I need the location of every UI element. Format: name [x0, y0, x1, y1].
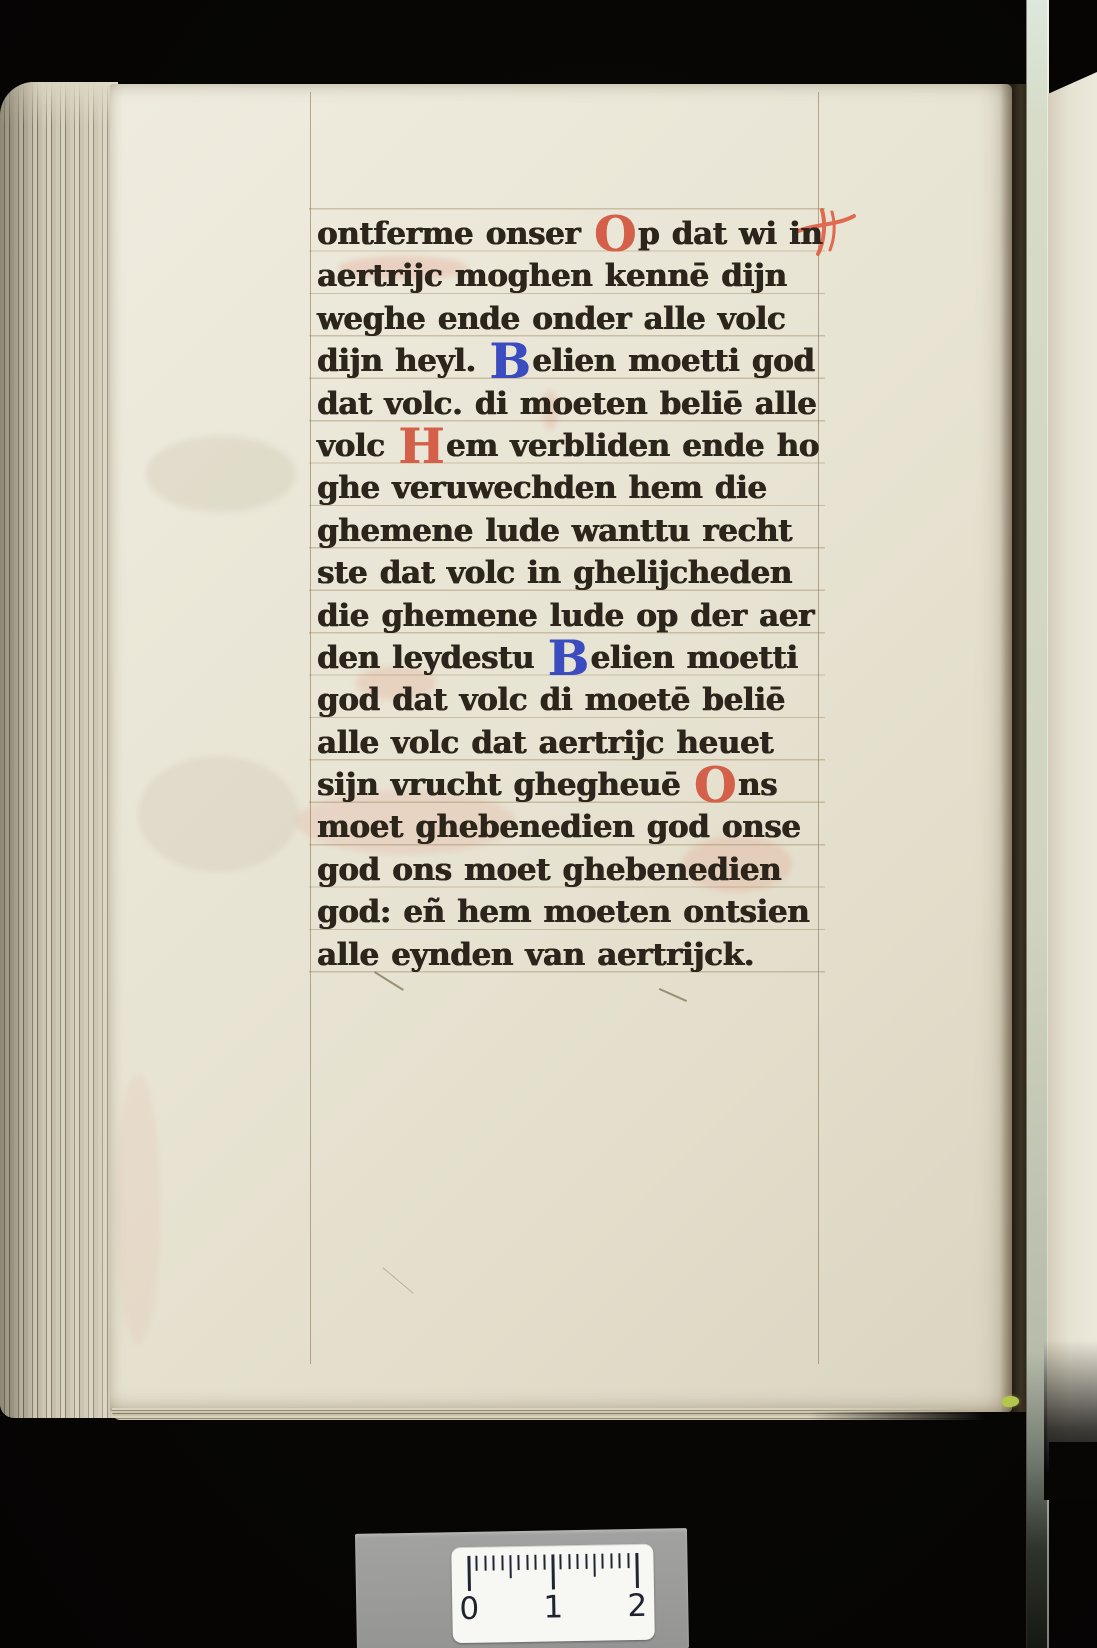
- facing-page-shadow: [1044, 1340, 1097, 1500]
- stray-hairline: [382, 1267, 414, 1294]
- text-line: alle eynden van aertrijck.: [309, 934, 825, 976]
- text-run: volc: [317, 428, 397, 464]
- text-line: ghe veruwechden hem die: [309, 467, 825, 509]
- text-run: p dat wi in: [638, 216, 823, 252]
- text-run: ontferme onser: [317, 216, 593, 252]
- text-line: weghe ende onder alle volc: [309, 298, 825, 340]
- ruler-tick: [543, 1555, 545, 1570]
- text-run: ghe veruwechden hem die: [317, 470, 767, 506]
- ruler-tick: [577, 1554, 579, 1569]
- text-line: den leydestu Belien moetti: [309, 637, 825, 679]
- ruler-tick: [619, 1553, 621, 1568]
- text-line: sijn vrucht ghegheuē Ons: [309, 764, 825, 806]
- text-line: god: eñ hem moeten ontsien: [309, 891, 825, 933]
- ruler-card: 012: [355, 1528, 689, 1648]
- ruler-tick: [484, 1556, 486, 1571]
- ruler-tick: [493, 1555, 495, 1570]
- manuscript-photo: ontferme onser Op dat wi inaertrijc mogh…: [0, 0, 1097, 1648]
- ruler-tick: [501, 1555, 503, 1570]
- text-line: dijn heyl. Belien moetti god: [309, 340, 825, 382]
- text-run: sijn vrucht ghegheuē: [317, 767, 693, 803]
- text-line: alle volc dat aertrijc heuet: [309, 722, 825, 764]
- ruler-number: 2: [627, 1588, 647, 1624]
- text-run: ns: [738, 767, 777, 803]
- book-fore-edges: [0, 82, 118, 1418]
- text-line: aertrijc moghen kennē dijn: [309, 255, 825, 297]
- text-line: dat volc. di moeten beliē alle: [309, 383, 825, 425]
- ruler-numbers: 012: [452, 1588, 655, 1632]
- text-line: ste dat volc in ghelijcheden: [309, 552, 825, 594]
- ruler-tick: [627, 1553, 629, 1568]
- text-line: volc Hem verbliden ende ho: [309, 425, 825, 467]
- show-through-smudge: [146, 436, 296, 512]
- ruler-tick: [509, 1555, 511, 1578]
- text-run: den leydestu: [317, 640, 547, 676]
- ruler-tick: [551, 1554, 555, 1589]
- text-run: god ons moet ghebenedien: [317, 852, 781, 888]
- text-run: god dat volc di moetē beliē: [317, 682, 785, 718]
- ruler-tick: [602, 1554, 604, 1569]
- text-run: god: eñ hem moeten ontsien: [317, 894, 809, 930]
- ruler-tick: [610, 1553, 612, 1568]
- show-through-smudge: [116, 1074, 160, 1344]
- text-run: weghe ende onder alle volc: [317, 301, 785, 337]
- ruler-tick: [585, 1554, 587, 1569]
- text-run: ste dat volc in ghelijcheden: [317, 555, 792, 591]
- ruler-tick: [593, 1554, 595, 1577]
- page-gutter: [1000, 84, 1028, 1412]
- text-line: god ons moet ghebenedien: [309, 849, 825, 891]
- text-run: dijn heyl.: [317, 343, 488, 379]
- text-line: god dat volc di moetē beliē: [309, 679, 825, 721]
- text-run: moet ghebenedien god onse: [317, 809, 801, 845]
- text-run: dat volc. di moeten beliē alle: [317, 386, 816, 422]
- text-column: ontferme onser Op dat wi inaertrijc mogh…: [309, 208, 825, 993]
- ruler-tick: [467, 1556, 471, 1591]
- facing-page: [1048, 72, 1097, 1442]
- ruler-tick: [518, 1555, 520, 1570]
- text-line: ontferme onser Op dat wi in: [309, 213, 825, 255]
- manuscript-page: ontferme onser Op dat wi inaertrijc mogh…: [110, 84, 1012, 1412]
- ruler-tick: [560, 1554, 562, 1569]
- text-run: em verbliden ende ho: [446, 428, 819, 464]
- text-run: aertrijc moghen kennē dijn: [317, 258, 787, 294]
- page-bottom-edges: [112, 1408, 1004, 1420]
- text-run: ghemene lude wanttu recht: [317, 513, 792, 549]
- text-run: alle eynden van aertrijck.: [317, 937, 754, 973]
- ruler: 012: [451, 1544, 655, 1644]
- ruler-tick: [568, 1554, 570, 1569]
- ruler-tick: [635, 1553, 639, 1588]
- text-line: moet ghebenedien god onse: [309, 806, 825, 848]
- text-line: ghemene lude wanttu recht: [309, 510, 825, 552]
- ruler-tick: [476, 1556, 478, 1571]
- show-through-smudge: [138, 756, 298, 872]
- ruler-number: 1: [543, 1589, 563, 1625]
- ruler-tick: [535, 1555, 537, 1570]
- text-run: elien moetti god: [532, 343, 814, 379]
- ruler-number: 0: [459, 1591, 479, 1627]
- fore-edges-shading: [0, 82, 118, 1418]
- text-run: elien moetti: [591, 640, 798, 676]
- ruler-tick: [526, 1555, 528, 1570]
